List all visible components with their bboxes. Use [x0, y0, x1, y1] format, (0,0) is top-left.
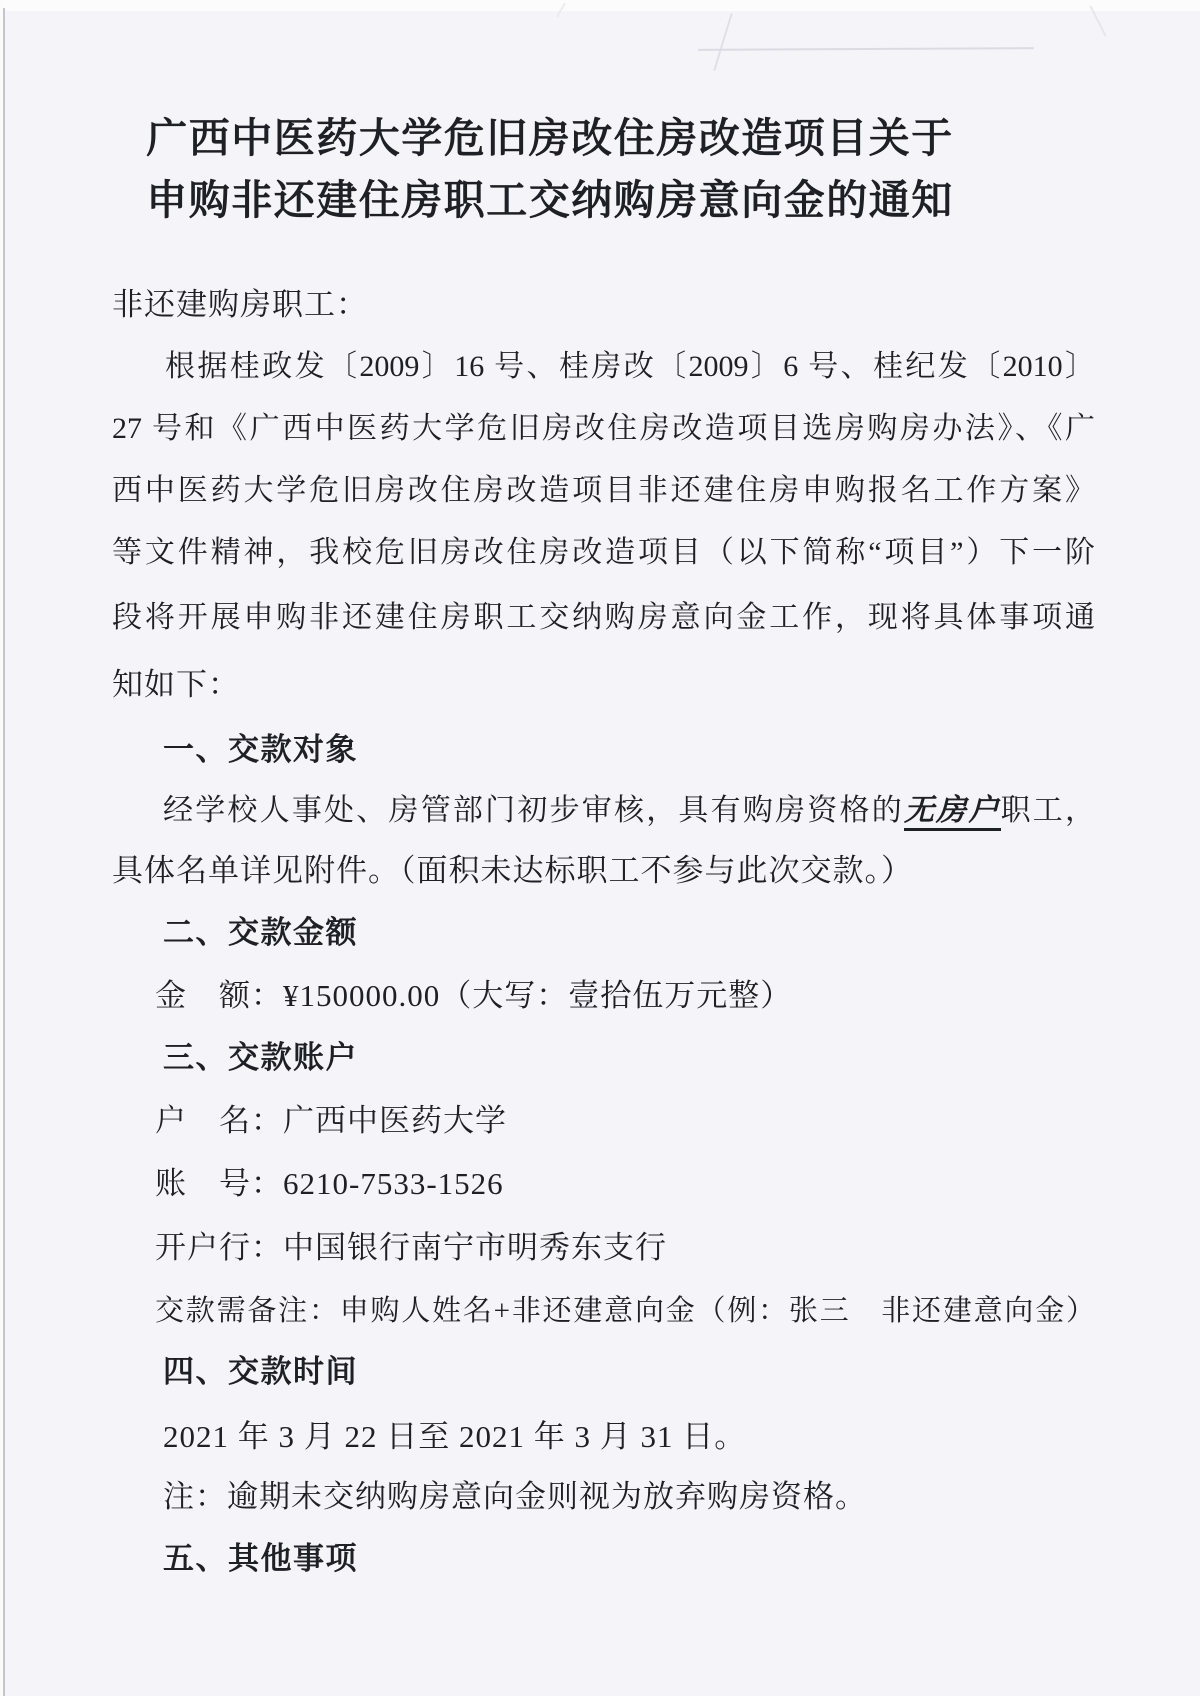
- bank-line: 开户行：中国银行南宁市明秀东支行: [155, 1227, 667, 1269]
- remark-label: 交款需备注：: [155, 1295, 340, 1327]
- account-number-line: 账 号：6210-7533-1526: [155, 1163, 504, 1205]
- scan-artifact-scratch: [713, 13, 732, 71]
- account-name-label: 户 名：: [155, 1103, 283, 1138]
- scanned-notice-page: 广西中医药大学危旧房改住房改造项目关于 申购非还建住房职工交纳购房意向金的通知 …: [0, 0, 1200, 1696]
- doc-title-line-1: 广西中医药大学危旧房改住房改造项目关于: [0, 114, 1100, 162]
- no-house-emphasis: 无房户: [904, 794, 1001, 831]
- account-number-label: 账 号：: [155, 1166, 283, 1201]
- deadline-note-line: 注：逾期未交纳购房意向金则视为放弃购房资格。: [163, 1476, 867, 1518]
- intro-line: 等文件精神，我校危旧房改住房改造项目（以下简称“项目”）下一阶: [112, 532, 1095, 574]
- doc-title-line-2: 申购非还建住房职工交纳购房意向金的通知: [0, 176, 1100, 224]
- bank-label: 开户行：: [155, 1230, 283, 1265]
- section-2-heading: 二、交款金额: [163, 912, 358, 954]
- account-number-value: 6210-7533-1526: [283, 1166, 504, 1201]
- account-name-value: 广西中医药大学: [283, 1103, 507, 1138]
- amount-line: 金 额：¥150000.00（大写：壹拾伍万元整）: [155, 975, 792, 1017]
- scanner-edge-top: [0, 0, 1200, 11]
- section-1-body-post: 职工，: [1001, 794, 1095, 827]
- intro-line: 知如下：: [112, 664, 240, 706]
- section-1-body-line-2: 具体名单详见附件。（面积未达标职工不参与此次交款。）: [112, 850, 913, 892]
- remark-value: 申购人姓名+非还建意向金（例：张三 非还建意向金）: [340, 1295, 1095, 1327]
- intro-line: 西中医药大学危旧房改住房改造项目非还建住房申购报名工作方案》: [112, 470, 1095, 512]
- section-3-heading: 三、交款账户: [163, 1037, 358, 1079]
- section-1-heading: 一、交款对象: [163, 729, 358, 771]
- salutation: 非还建购房职工：: [112, 284, 368, 326]
- intro-line: 段将开展申购非还建住房职工交纳购房意向金工作，现将具体事项通: [112, 597, 1095, 639]
- amount-label: 金 额：: [155, 978, 283, 1013]
- section-5-heading: 五、其他事项: [163, 1538, 358, 1580]
- payment-date-line: 2021 年 3 月 22 日至 2021 年 3 月 31 日。: [163, 1416, 746, 1458]
- amount-value: ¥150000.00（大写：壹拾伍万元整）: [283, 978, 792, 1013]
- remark-line: 交款需备注：申购人姓名+非还建意向金（例：张三 非还建意向金）: [155, 1290, 1095, 1332]
- intro-line: 27 号和《广西中医药大学危旧房改住房改造项目选房购房办法》、《广: [112, 408, 1095, 450]
- section-1-body-line-1: 经学校人事处、房管部门初步审核，具有购房资格的无房户职工，: [163, 790, 1095, 832]
- scan-artifact-hairline: [698, 47, 1034, 51]
- page-edge-line: [3, 8, 5, 1696]
- account-name-line: 户 名：广西中医药大学: [155, 1100, 507, 1142]
- bank-value: 中国银行南宁市明秀东支行: [283, 1230, 667, 1265]
- section-4-heading: 四、交款时间: [163, 1351, 358, 1393]
- section-1-body-pre: 经学校人事处、房管部门初步审核，具有购房资格的: [163, 794, 904, 827]
- intro-line: 根据桂政发〔2009〕16 号、桂房改〔2009〕6 号、桂纪发〔2010〕: [165, 346, 1095, 388]
